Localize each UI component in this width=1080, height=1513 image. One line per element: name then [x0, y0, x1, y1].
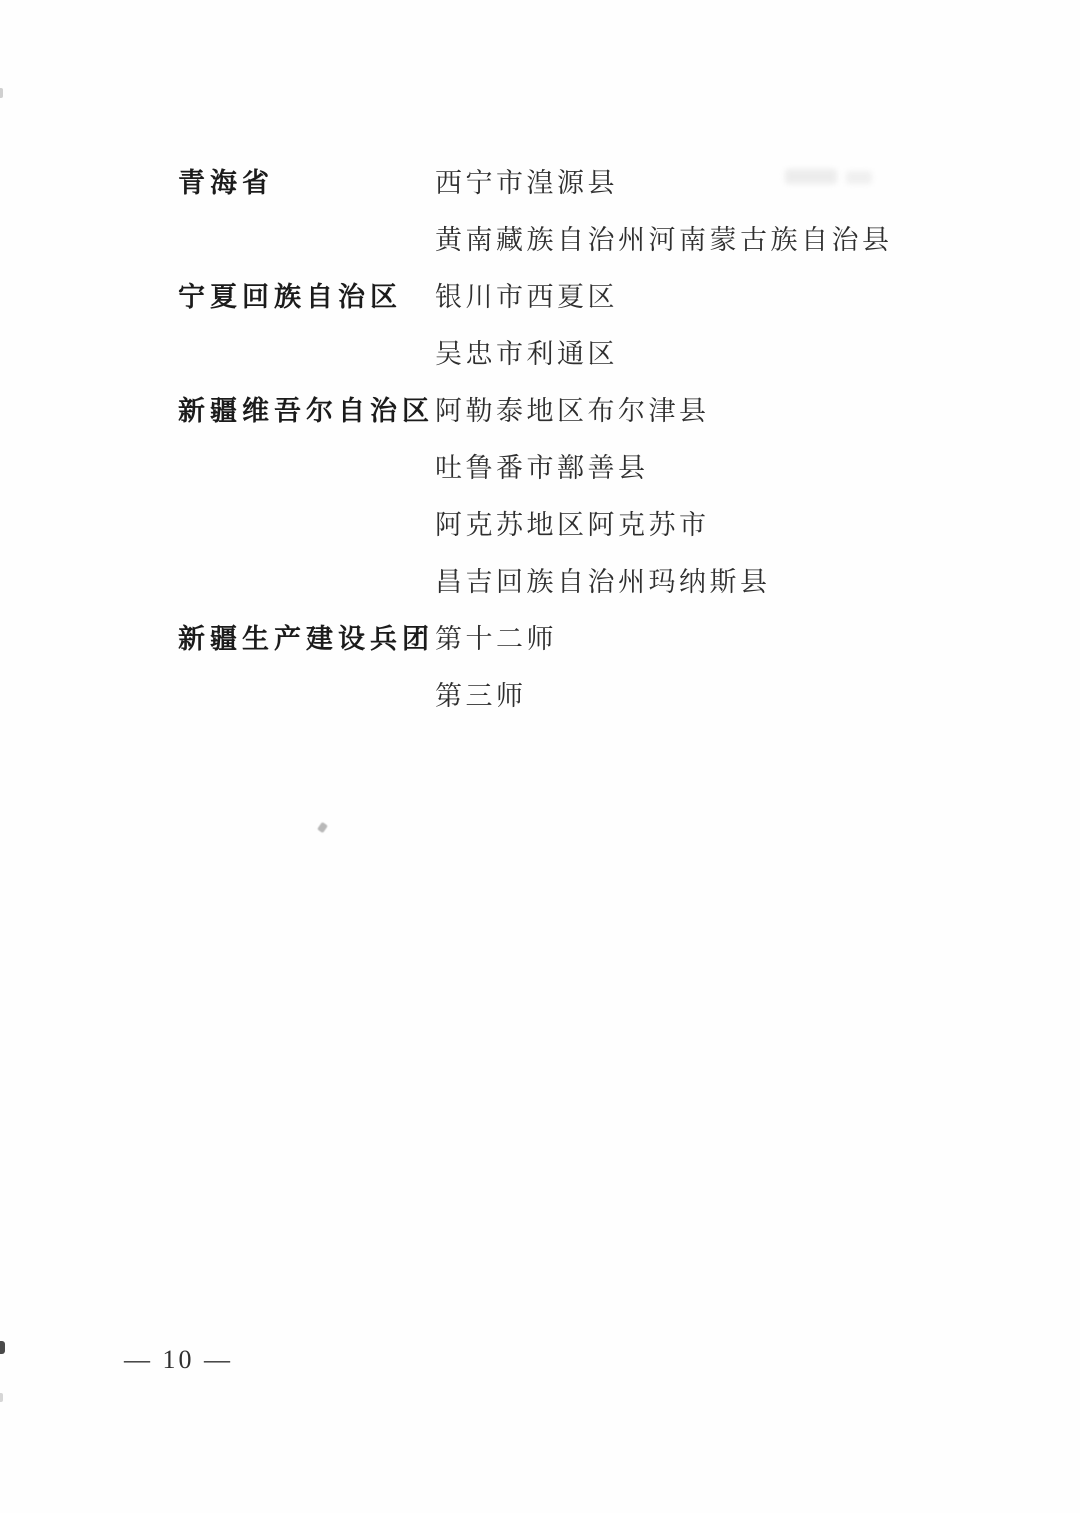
region-label: 新疆维吾尔自治区	[178, 389, 435, 428]
region-list: 青海省 西宁市湟源县 黄南藏族自治州河南蒙古族自治县 宁夏回族自治区 银川市西夏…	[178, 152, 1038, 722]
document-page: 青海省 西宁市湟源县 黄南藏族自治州河南蒙古族自治县 宁夏回族自治区 银川市西夏…	[0, 0, 1080, 1513]
table-row: 黄南藏族自治州河南蒙古族自治县	[178, 209, 1038, 266]
region-item: 吴忠市利通区	[435, 332, 618, 371]
region-item: 吐鲁番市鄯善县	[435, 446, 649, 485]
scan-artifact	[0, 88, 3, 98]
region-label: 新疆生产建设兵团	[178, 617, 435, 656]
scan-artifact	[317, 822, 328, 833]
region-item: 阿克苏地区阿克苏市	[435, 503, 710, 542]
region-item: 黄南藏族自治州河南蒙古族自治县	[435, 218, 893, 257]
region-item: 昌吉回族自治州玛纳斯县	[435, 560, 771, 599]
region-label: 宁夏回族自治区	[178, 275, 435, 314]
table-row: 昌吉回族自治州玛纳斯县	[178, 551, 1038, 608]
table-row: 青海省 西宁市湟源县	[178, 152, 1038, 209]
table-row: 吴忠市利通区	[178, 323, 1038, 380]
scan-artifact	[0, 1393, 3, 1402]
scan-artifact	[0, 1341, 5, 1354]
region-item: 西宁市湟源县	[435, 161, 618, 200]
region-item: 银川市西夏区	[435, 275, 618, 314]
region-item: 第三师	[435, 674, 527, 713]
table-row: 新疆生产建设兵团 第十二师	[178, 608, 1038, 665]
table-row: 新疆维吾尔自治区 阿勒泰地区布尔津县	[178, 380, 1038, 437]
region-label: 青海省	[178, 161, 435, 200]
table-row: 第三师	[178, 665, 1038, 722]
table-row: 宁夏回族自治区 银川市西夏区	[178, 266, 1038, 323]
region-item: 阿勒泰地区布尔津县	[435, 389, 710, 428]
table-row: 吐鲁番市鄯善县	[178, 437, 1038, 494]
table-row: 阿克苏地区阿克苏市	[178, 494, 1038, 551]
page-number: — 10 —	[124, 1345, 233, 1375]
region-item: 第十二师	[435, 617, 557, 656]
